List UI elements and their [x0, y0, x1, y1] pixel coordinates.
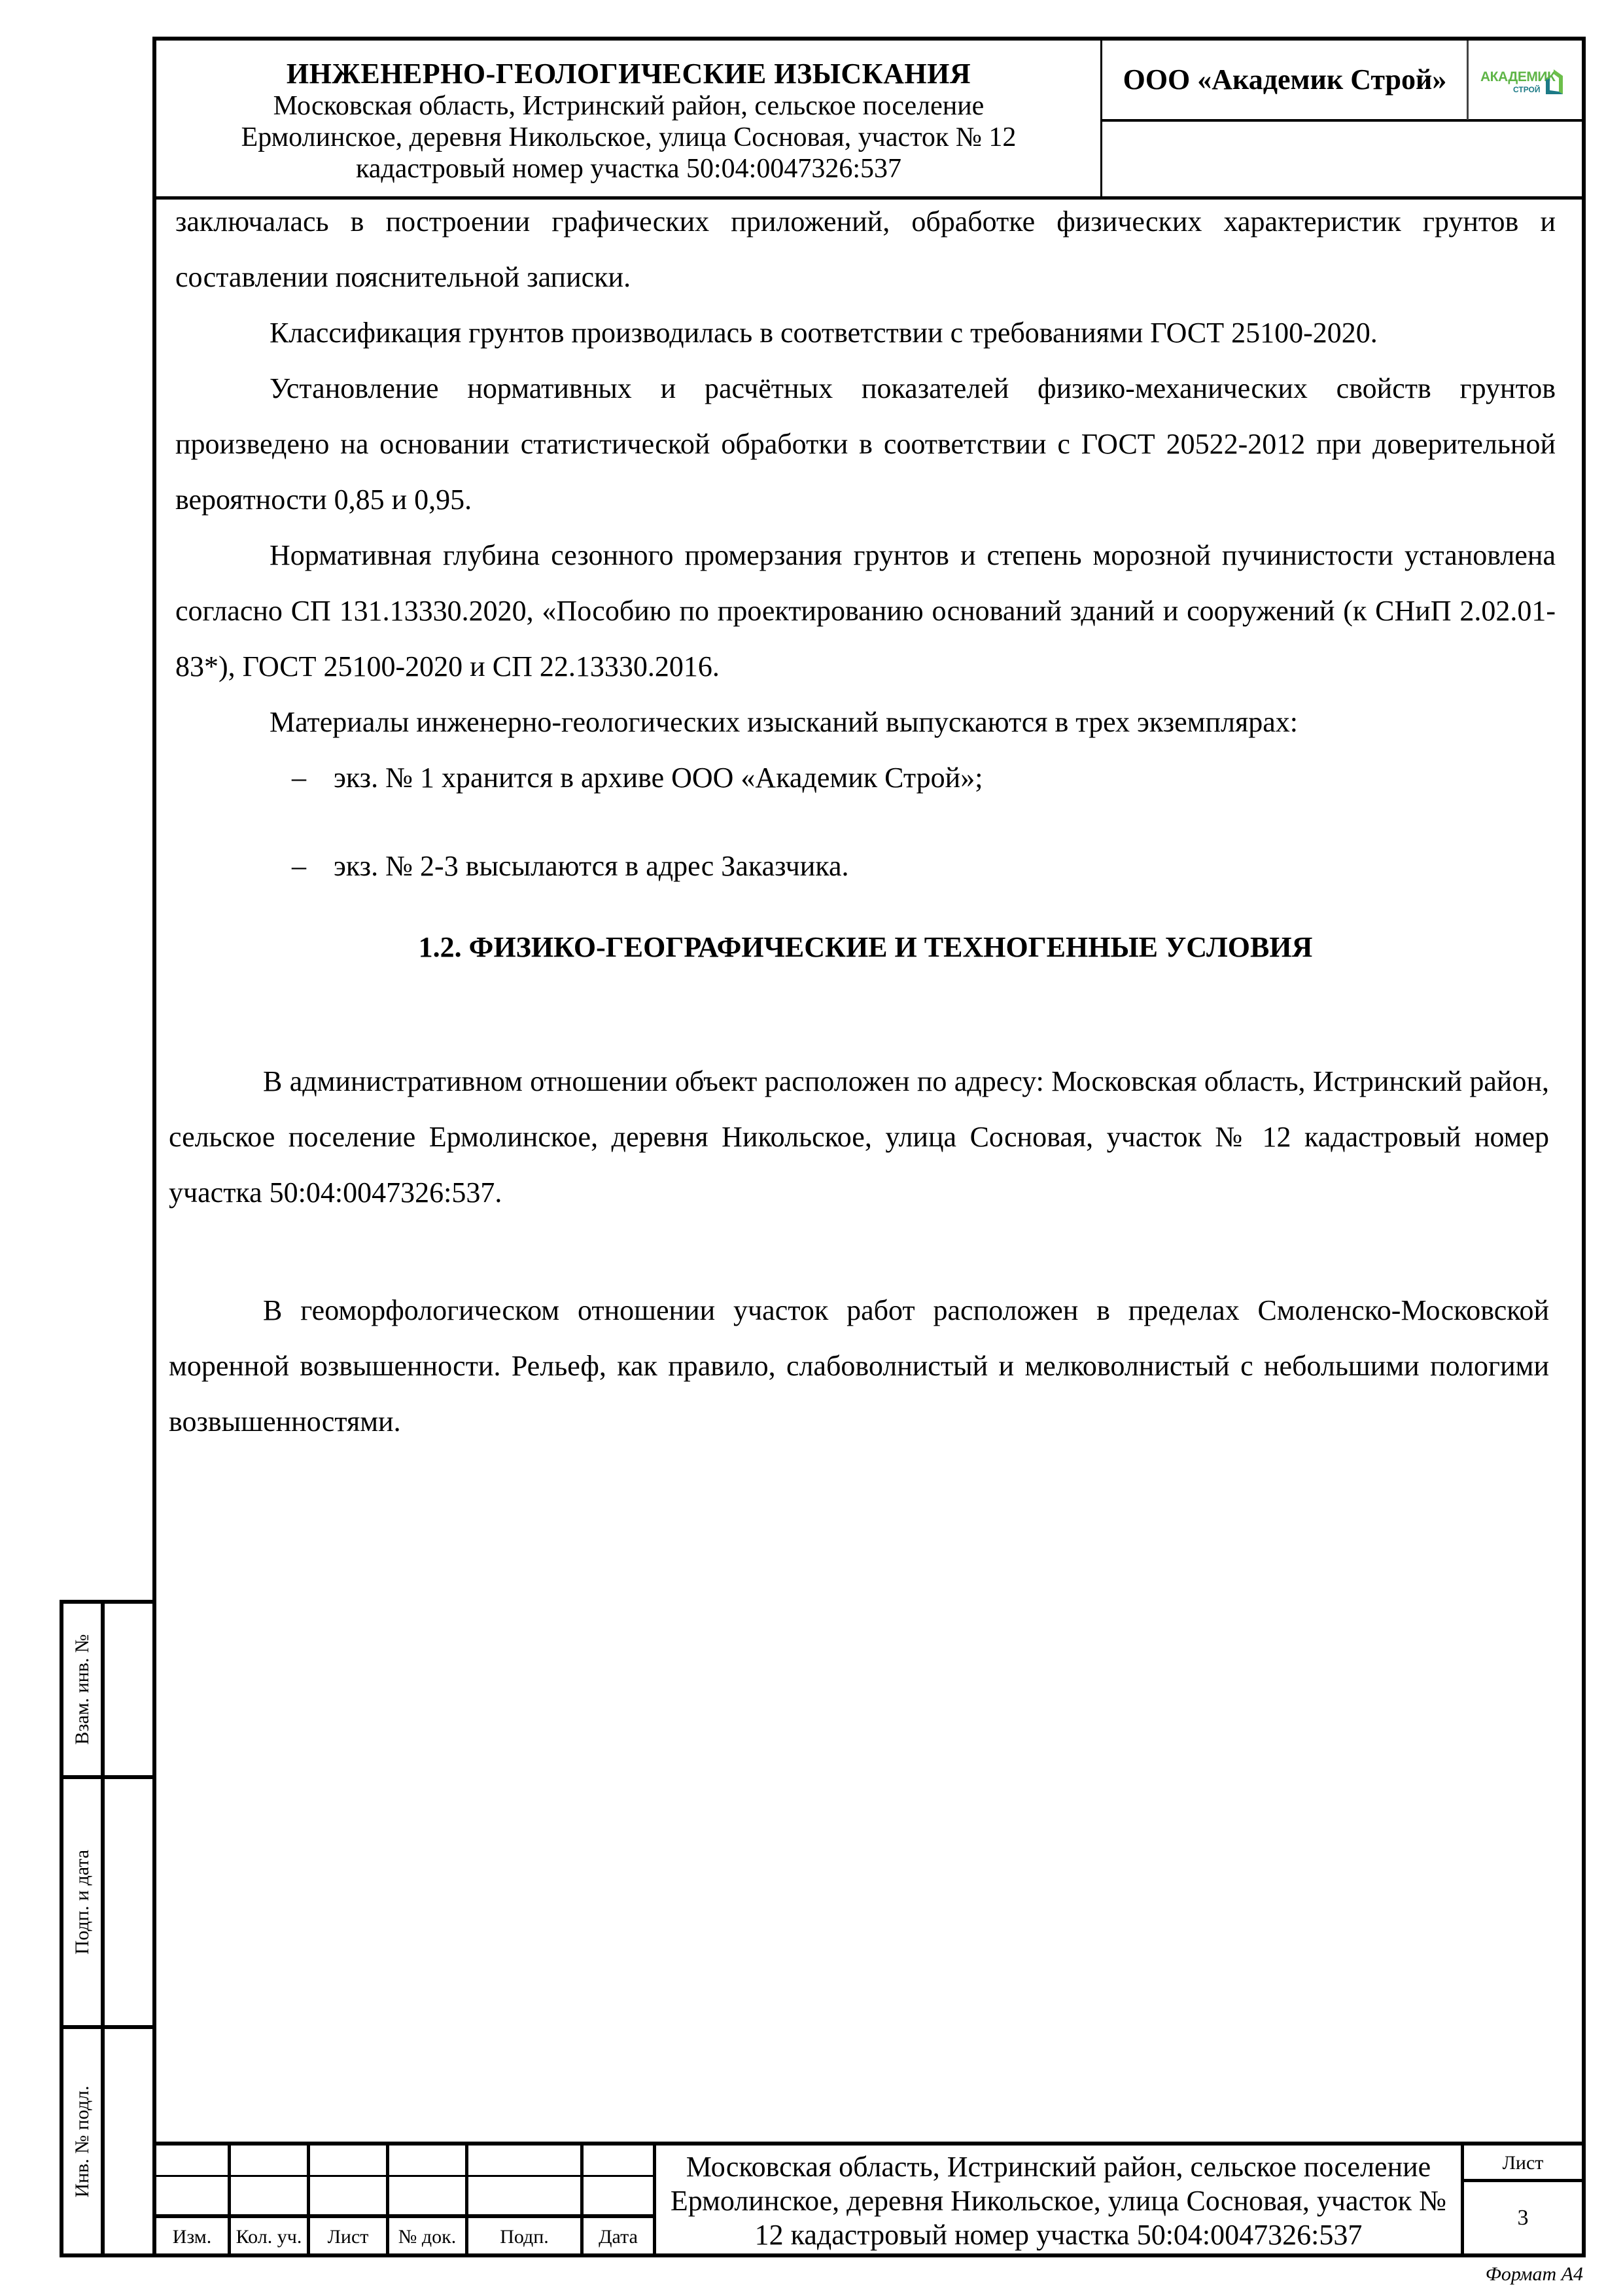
paragraph: Установление нормативных и расчётных пок…	[175, 361, 1556, 527]
header-title-block: ИНЖЕНЕРНО-ГЕОЛОГИЧЕСКИЕ ИЗЫСКАНИЯ Москов…	[156, 41, 1101, 198]
paragraph: заключалась в построении графических при…	[175, 194, 1556, 305]
house-outline-icon	[1544, 68, 1564, 97]
footer-col-date: Дата	[584, 2217, 653, 2253]
stamp-label: Подп. и дата	[71, 1850, 94, 1954]
paragraph: В геоморфологическом отношении участок р…	[169, 1282, 1549, 1449]
list-item: – экз. № 1 хранится в архиве ООО «Академ…	[175, 750, 1556, 805]
dash-bullet: –	[292, 838, 318, 894]
footer-col-izm: Изм.	[156, 2217, 228, 2253]
body-section-2: В административном отношении объект расп…	[169, 1053, 1549, 1220]
company-logo: АКАДЕМИК СТРОЙ	[1469, 41, 1582, 119]
footer-col-kol-uch: Кол. уч.	[231, 2217, 307, 2253]
logo-text-sub: СТРОЙ	[1513, 85, 1541, 94]
stamp-label: Инв. № подл.	[71, 2085, 94, 2197]
footer-address-line-3: 12 кадастровый номер участка 50:04:00473…	[656, 2218, 1461, 2252]
list-item: – экз. № 2-3 высылаются в адрес Заказчик…	[175, 838, 1556, 894]
footer-address-line-2: Ермолинское, деревня Никольское, улица С…	[656, 2184, 1461, 2218]
page-format-label: Формат А4	[1439, 2261, 1583, 2287]
footer-col-doc-no: № док.	[389, 2217, 465, 2253]
company-name: ООО «Академик Строй»	[1103, 41, 1467, 119]
stamp-cell-replaced-inv: Взам. инв. №	[60, 1600, 156, 1779]
header-address-line-2: Ермолинское, деревня Никольское, улица С…	[156, 122, 1101, 153]
stamp-cell-original-inv: Инв. № подл.	[60, 2025, 156, 2257]
body-section-3: В геоморфологическом отношении участок р…	[169, 1282, 1549, 1449]
paragraph: Материалы инженерно-геологических изыска…	[175, 694, 1556, 750]
body-section-1: заключалась в построении графических при…	[175, 194, 1556, 894]
section-heading: 1.2. ФИЗИКО-ГЕОГРАФИЧЕСКИЕ И ТЕХНОГЕННЫЕ…	[175, 928, 1556, 967]
paragraph: Классификация грунтов производилась в со…	[175, 305, 1556, 361]
paragraph: В административном отношении объект расп…	[169, 1053, 1549, 1220]
header-address-line-1: Московская область, Истринский район, се…	[156, 90, 1101, 122]
header-divider	[1102, 119, 1582, 122]
sheet-number: 3	[1464, 2181, 1582, 2255]
footer-col-signature: Подп.	[468, 2217, 580, 2253]
stamp-label: Взам. инв. №	[71, 1634, 94, 1744]
stamp-cell-signature-date: Подп. и дата	[60, 1775, 156, 2029]
paragraph: Нормативная глубина сезонного промерзани…	[175, 527, 1556, 694]
footer-address-line-1: Московская область, Истринский район, се…	[656, 2150, 1461, 2184]
dash-bullet: –	[292, 750, 318, 805]
header-address-line-3: кадастровый номер участка 50:04:0047326:…	[156, 153, 1101, 185]
sheet-label: Лист	[1464, 2146, 1582, 2178]
footer-address: Московская область, Истринский район, се…	[656, 2146, 1461, 2255]
margin-stamp: Взам. инв. № Подп. и дата Инв. № подл.	[60, 1600, 156, 2257]
footer-col-list: Лист	[310, 2217, 386, 2253]
document-title: ИНЖЕНЕРНО-ГЕОЛОГИЧЕСКИЕ ИЗЫСКАНИЯ	[156, 58, 1101, 90]
